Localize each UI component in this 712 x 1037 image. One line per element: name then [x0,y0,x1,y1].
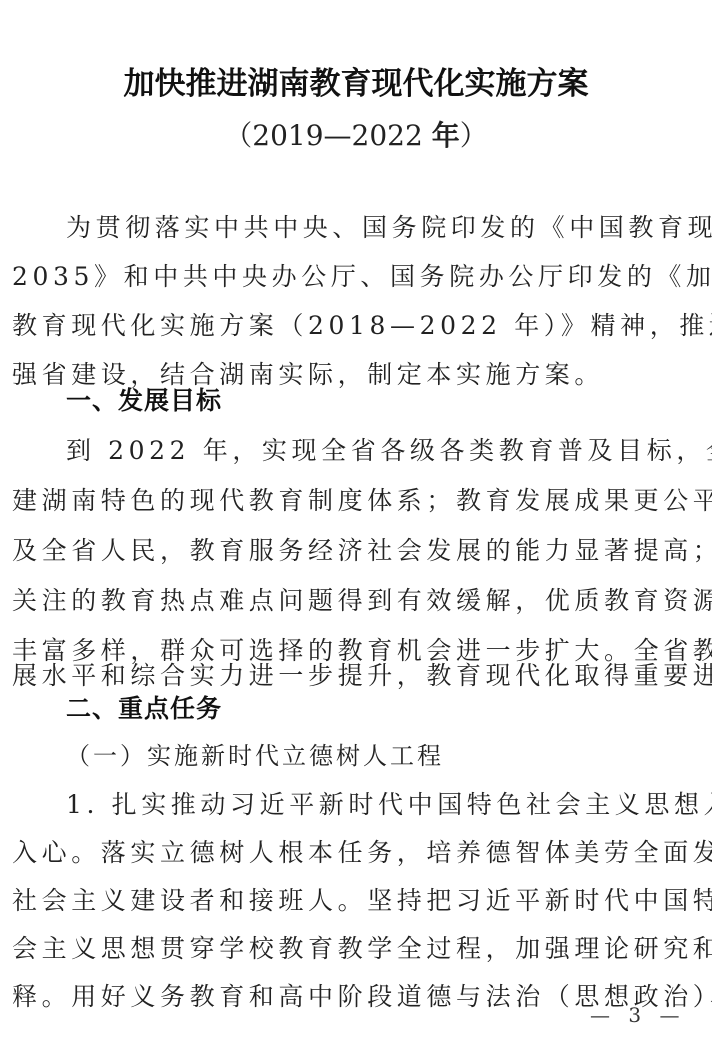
section1-line: 展水平和综合实力进一步提升，教育现代化取得重要进展。 [12,661,704,691]
page-number: — 3 — [590,1003,685,1027]
document-subtitle: （2019—2022 年） [0,116,712,156]
intro-line: 教育现代化实施方案（2018—2022 年）》精神，推进科教 [12,311,704,341]
section2-line: 入心。落实立德树人根本任务，培养德智体美劳全面发展的 [12,838,704,868]
subtitle-close: ） [460,119,488,152]
subtitle-open: （2019—2022 [224,119,431,152]
section2-line: 1. 扎实推动习近平新时代中国特色社会主义思想入脑 [66,790,704,820]
section1-line: 关注的教育热点难点问题得到有效缓解，优质教育资源更加 [12,586,704,616]
section-heading-tasks: 二、重点任务 [66,694,222,724]
section1-line: 到 2022 年，实现全省各级各类教育普及目标，全面构 [66,436,704,466]
document-title: 加快推进湖南教育现代化实施方案 [0,64,712,104]
section-heading-goals: 一、发展目标 [66,386,222,416]
section1-line: 及全省人民，教育服务经济社会发展的能力显著提高；社会 [12,536,704,566]
section2-line: 会主义思想贯穿学校教育教学全过程，加强理论研究和阐 [12,934,704,964]
intro-line: 为贯彻落实中共中央、国务院印发的《中国教育现代化 [66,213,704,243]
subtitle-year-char: 年 [432,119,460,152]
section2-line: 社会主义建设者和接班人。坚持把习近平新时代中国特色社 [12,886,704,916]
subsection-heading: （一）实施新时代立德树人工程 [66,741,444,771]
document-page: 加快推进湖南教育现代化实施方案 （2019—2022 年） 为贯彻落实中共中央、… [0,0,712,1037]
intro-line: 2035》和中共中央办公厅、国务院办公厅印发的《加快推进 [12,262,704,292]
section1-line: 建湖南特色的现代教育制度体系；教育发展成果更公平地惠 [12,486,704,516]
